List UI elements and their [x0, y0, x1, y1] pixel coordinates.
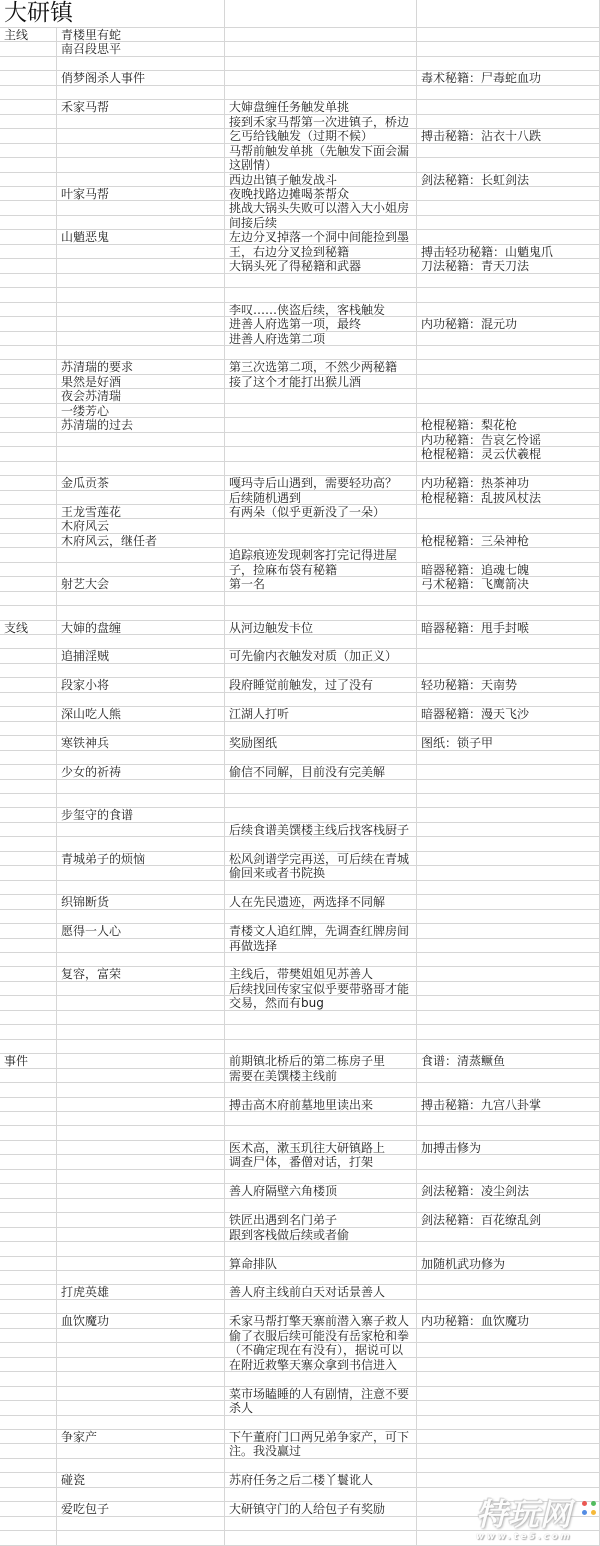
quest-cell: 血饮魔功	[57, 1314, 225, 1328]
detail-cell: 接了这个才能打出猴儿酒	[225, 375, 417, 389]
detail-cell-text: 嘎玛寺后山遇到，需要轻功高？	[229, 476, 397, 490]
detail-cell-text: 调查尸体，番僧对话，打架	[229, 1155, 373, 1169]
detail-cell: 禾家马帮打擎天寨前潜入寨子救人	[225, 1314, 417, 1328]
reward-cell: 剑法秘籍：长虹剑法	[417, 173, 600, 187]
reward-cell	[417, 158, 600, 172]
reward-cell	[417, 967, 600, 981]
reward-cell: 剑法秘籍：百花缭乱剑	[417, 1213, 600, 1227]
detail-cell: 挑战大锅头失败可以潜入大小姐房	[225, 201, 417, 215]
reward-cell: 搏击轻功秘籍：山魈鬼爪	[417, 245, 600, 259]
category-cell	[0, 1285, 57, 1299]
quest-cell	[57, 563, 225, 577]
category-cell	[0, 332, 57, 346]
reward-cell	[417, 505, 600, 519]
detail-cell: 间接后续	[225, 216, 417, 230]
detail-cell	[225, 780, 417, 794]
category-cell	[0, 1011, 57, 1025]
reward-cell	[417, 765, 600, 779]
reward-cell	[417, 332, 600, 346]
reward-cell	[417, 1387, 600, 1401]
detail-cell: 菜市场瞌睡的人有剧情，注意不要	[225, 1387, 417, 1401]
reward-cell	[417, 28, 600, 42]
quest-cell	[57, 1025, 225, 1039]
reward-cell	[417, 751, 600, 765]
reward-cell	[417, 1473, 600, 1487]
detail-cell	[225, 1199, 417, 1213]
detail-cell-text: 跟到客栈做后续或者偷	[229, 1228, 349, 1242]
category-cell	[0, 288, 57, 302]
reward-cell	[417, 635, 600, 649]
detail-cell: 后续找回传家宝似乎要带骆哥才能	[225, 982, 417, 996]
category-cell	[0, 86, 57, 100]
category-cell	[0, 173, 57, 187]
reward-cell	[417, 389, 600, 403]
category-cell	[0, 1401, 57, 1415]
quest-cell-text: 木府风云，继任者	[61, 534, 157, 548]
quest-cell-text: 寒铁神兵	[61, 736, 109, 750]
reward-cell	[417, 1416, 600, 1430]
category-cell	[0, 1025, 57, 1039]
category-cell	[0, 563, 57, 577]
quest-table: 大研镇 主线青楼里有蛇南召段思平俏梦阁杀人事件毒术秘籍：尸毒蛇血功禾家马帮大婶盘…	[0, 0, 600, 1546]
quest-cell	[57, 635, 225, 649]
detail-cell	[225, 1170, 417, 1184]
detail-cell-text: 人在先民遗迹，两选择不同解	[229, 895, 385, 909]
detail-cell	[225, 808, 417, 822]
reward-cell	[417, 1358, 600, 1372]
quest-cell: 碰瓷	[57, 1473, 225, 1487]
detail-cell: 大研镇守门的人给包子有奖励	[225, 1502, 417, 1516]
detail-cell	[225, 837, 417, 851]
quest-cell: 少女的祈祷	[57, 765, 225, 779]
quest-cell	[57, 115, 225, 129]
detail-cell-text: 左边分叉掉落一个洞中间能捡到墨	[229, 230, 409, 244]
category-cell	[0, 1257, 57, 1271]
detail-cell	[225, 71, 417, 85]
quest-cell-text: 织锦断货	[61, 895, 109, 909]
category-cell	[0, 1170, 57, 1184]
quest-cell	[57, 1069, 225, 1083]
quest-cell	[57, 1199, 225, 1213]
detail-cell: 主线后，带樊姐姐见苏善人	[225, 967, 417, 981]
category-cell	[0, 418, 57, 432]
detail-cell	[225, 635, 417, 649]
detail-cell-text: 善人府隔壁六角楼顶	[229, 1184, 337, 1198]
category-cell	[0, 765, 57, 779]
category-cell	[0, 534, 57, 548]
detail-cell: 接到禾家马帮第一次进镇子，桥边	[225, 115, 417, 129]
category-cell	[0, 100, 57, 114]
detail-cell	[225, 1112, 417, 1126]
reward-cell: 暗器秘籍：漫天飞沙	[417, 707, 600, 721]
detail-cell-text: 接了这个才能打出猴儿酒	[229, 375, 361, 389]
reward-cell	[417, 837, 600, 851]
quest-cell-text: 深山吃人熊	[61, 707, 121, 721]
detail-cell-text: 铁匠出遇到名门弟子	[229, 1213, 337, 1227]
reward-cell: 枪棍秘籍：灵云伏羲棍	[417, 447, 600, 461]
quest-cell: 夜会苏清瑞	[57, 389, 225, 403]
detail-cell	[225, 42, 417, 56]
category-cell	[0, 1069, 57, 1083]
detail-cell-text: 有两朵（似乎更新没了一朵）	[229, 505, 385, 519]
reward-cell	[417, 100, 600, 114]
quest-cell	[57, 780, 225, 794]
reward-cell	[417, 1459, 600, 1473]
quest-cell-text: 一缕芳心	[61, 404, 109, 418]
category-cell	[0, 491, 57, 505]
quest-cell	[57, 491, 225, 505]
reward-cell	[417, 1285, 600, 1299]
category-cell-text: 主线	[4, 28, 28, 42]
quest-cell: 寒铁神兵	[57, 736, 225, 750]
reward-cell-text: 加搏击修为	[421, 1141, 481, 1155]
detail-cell-text: 西边出镇子触发战斗	[229, 173, 337, 187]
category-cell	[0, 1502, 57, 1516]
category-cell	[0, 462, 57, 476]
category-cell	[0, 1531, 57, 1545]
category-cell	[0, 736, 57, 750]
category-cell	[0, 1126, 57, 1140]
detail-cell-text: 子，捡麻布袋有秘籍	[229, 563, 337, 577]
detail-cell	[225, 288, 417, 302]
quest-cell	[57, 1213, 225, 1227]
detail-cell: 调查尸体，番僧对话，打架	[225, 1155, 417, 1169]
quest-cell: 果然是好酒	[57, 375, 225, 389]
category-cell	[0, 346, 57, 360]
reward-cell	[417, 982, 600, 996]
reward-cell	[417, 1025, 600, 1039]
detail-cell-text: 偷信不同解，目前没有完美解	[229, 765, 385, 779]
reward-cell	[417, 187, 600, 201]
category-cell	[0, 895, 57, 909]
quest-cell	[57, 1257, 225, 1271]
detail-cell	[225, 1271, 417, 1285]
quest-cell-text: 王龙雪莲花	[61, 505, 121, 519]
detail-cell	[225, 1300, 417, 1314]
reward-cell: 搏击秘籍：九宫八卦掌	[417, 1098, 600, 1112]
detail-cell	[225, 1025, 417, 1039]
detail-cell: 西边出镇子触发战斗	[225, 173, 417, 187]
detail-cell: 后续随机遇到	[225, 491, 417, 505]
category-cell	[0, 1098, 57, 1112]
reward-cell-text: 内功秘籍：血饮魔功	[421, 1314, 529, 1328]
reward-cell	[417, 360, 600, 374]
category-cell	[0, 1199, 57, 1213]
detail-cell	[225, 751, 417, 765]
reward-cell	[417, 910, 600, 924]
reward-cell: 刀法秘籍：青天刀法	[417, 259, 600, 273]
category-cell	[0, 837, 57, 851]
reward-cell-text: 搏击秘籍：九宫八卦掌	[421, 1098, 541, 1112]
detail-cell-text: 大婶盘缠任务触发单挑	[229, 100, 349, 114]
category-cell	[0, 1416, 57, 1430]
detail-cell-text: 间接后续	[229, 216, 277, 230]
quest-cell-text: 步玺守的食谱	[61, 808, 133, 822]
quest-cell: 苏清瑞的过去	[57, 418, 225, 432]
reward-cell	[417, 895, 600, 909]
detail-cell-text: 奖励图纸	[229, 736, 277, 750]
detail-cell	[225, 274, 417, 288]
reward-cell	[417, 1228, 600, 1242]
reward-cell	[417, 548, 600, 562]
category-cell	[0, 1271, 57, 1285]
reward-cell	[417, 1300, 600, 1314]
detail-cell: 前期镇北桥后的第二栋房子里	[225, 1054, 417, 1068]
category-cell	[0, 1517, 57, 1531]
category-cell	[0, 910, 57, 924]
detail-cell: 苏府任务之后二楼丫鬟讹人	[225, 1473, 417, 1487]
category-cell	[0, 375, 57, 389]
quest-cell	[57, 1242, 225, 1256]
detail-cell	[225, 794, 417, 808]
category-cell	[0, 1343, 57, 1357]
detail-cell: 杀人	[225, 1401, 417, 1415]
category-cell	[0, 1083, 57, 1097]
detail-cell: 大锅头死了得秘籍和武器	[225, 259, 417, 273]
quest-cell	[57, 462, 225, 476]
reward-cell: 枪棍秘籍：乱披风杖法	[417, 491, 600, 505]
quest-cell-text: 复容，富荣	[61, 967, 121, 981]
quest-cell	[57, 288, 225, 302]
quest-cell	[57, 1083, 225, 1097]
detail-cell	[225, 664, 417, 678]
reward-cell	[417, 57, 600, 71]
detail-cell: 松风剑谱学完再送，可后续在青城	[225, 852, 417, 866]
page-title: 大研镇	[0, 0, 57, 28]
category-cell	[0, 187, 57, 201]
reward-cell	[417, 1170, 600, 1184]
quest-cell	[57, 823, 225, 837]
quest-cell-text: 追捕淫贼	[61, 649, 109, 663]
quest-cell	[57, 1228, 225, 1242]
quest-cell	[57, 1358, 225, 1372]
quest-cell-text: 段家小将	[61, 678, 109, 692]
category-cell	[0, 751, 57, 765]
detail-cell: 王，右边分叉捡到秘籍	[225, 245, 417, 259]
reward-cell-text: 剑法秘籍：百花缭乱剑	[421, 1213, 541, 1227]
detail-cell: 算命排队	[225, 1257, 417, 1271]
reward-cell: 毒术秘籍：尸毒蛇血功	[417, 71, 600, 85]
quest-cell-text: 大婶的盘缠	[61, 621, 121, 635]
reward-cell	[417, 1401, 600, 1415]
quest-cell	[57, 606, 225, 620]
category-cell	[0, 115, 57, 129]
detail-cell-text: （不确定现在有没有），据说可以	[229, 1343, 403, 1357]
detail-cell-text: 禾家马帮打擎天寨前潜入寨子救人	[229, 1314, 409, 1328]
quest-cell	[57, 1459, 225, 1473]
category-cell	[0, 1430, 57, 1444]
category-cell	[0, 1372, 57, 1386]
detail-cell	[225, 462, 417, 476]
detail-cell: 注。我没赢过	[225, 1444, 417, 1458]
quest-cell	[57, 1098, 225, 1112]
quest-cell: 追捕淫贼	[57, 649, 225, 663]
detail-cell: 在附近救擎天寨众拿到书信进入	[225, 1358, 417, 1372]
reward-cell	[417, 823, 600, 837]
detail-cell: 偷信不同解，目前没有完美解	[225, 765, 417, 779]
quest-cell	[57, 1416, 225, 1430]
category-cell	[0, 317, 57, 331]
reward-cell	[417, 288, 600, 302]
category-cell	[0, 707, 57, 721]
quest-cell	[57, 548, 225, 562]
detail-cell	[225, 346, 417, 360]
detail-cell: 青楼文人追红牌，先调查红牌房间	[225, 924, 417, 938]
category-cell	[0, 967, 57, 981]
reward-cell: 枪棍秘籍：梨花枪	[417, 418, 600, 432]
reward-cell	[417, 649, 600, 663]
detail-cell: 乞丐给钱触发（过期不候）	[225, 129, 417, 143]
category-cell	[0, 794, 57, 808]
detail-cell-text: 杀人	[229, 1401, 253, 1415]
detail-cell-text: 偷回来或者书院换	[229, 866, 325, 880]
category-cell	[0, 722, 57, 736]
category-cell	[0, 592, 57, 606]
quest-cell	[57, 939, 225, 953]
detail-cell	[225, 1083, 417, 1097]
reward-cell-text: 暗器秘籍：追魂七魄	[421, 563, 529, 577]
reward-cell: 图纸：锁子甲	[417, 736, 600, 750]
category-cell	[0, 982, 57, 996]
quest-cell: 愿得一人心	[57, 924, 225, 938]
quest-cell: 南召段思平	[57, 42, 225, 56]
quest-cell-text: 爱吃包子	[61, 1502, 109, 1516]
reward-cell	[417, 216, 600, 230]
category-cell	[0, 664, 57, 678]
reward-cell	[417, 1488, 600, 1502]
reward-cell: 内功秘籍：血饮魔功	[417, 1314, 600, 1328]
reward-cell	[417, 866, 600, 880]
detail-cell-text: 夜晚找路边摊喝茶帮众	[229, 187, 349, 201]
reward-cell	[417, 1242, 600, 1256]
detail-cell: 李叹……侠盗后续，客栈触发	[225, 303, 417, 317]
reward-cell: 弓术秘籍：飞鹰箭决	[417, 577, 600, 591]
quest-cell	[57, 86, 225, 100]
category-cell	[0, 1387, 57, 1401]
quest-cell	[57, 1155, 225, 1169]
quest-cell-text: 俏梦阁杀人事件	[61, 71, 145, 85]
detail-cell	[225, 1459, 417, 1473]
title-row-spacer	[417, 0, 600, 28]
detail-cell-text: 搏击高木府前墓地里读出来	[229, 1098, 373, 1112]
reward-cell	[417, 1502, 600, 1516]
category-cell	[0, 1213, 57, 1227]
quest-cell-text: 碰瓷	[61, 1473, 85, 1487]
detail-cell-text: 马帮前触发单挑（先触发下面会漏	[229, 144, 409, 158]
detail-cell	[225, 722, 417, 736]
detail-cell: 偷了衣服后续可能没有岳家枪和拳	[225, 1329, 417, 1343]
reward-cell-text: 枪棍秘籍：乱披风杖法	[421, 491, 541, 505]
reward-cell	[417, 606, 600, 620]
category-cell	[0, 144, 57, 158]
detail-cell-text: 注。我没赢过	[229, 1444, 301, 1458]
detail-cell	[225, 693, 417, 707]
reward-cell-text: 枪棍秘籍：梨花枪	[421, 418, 517, 432]
quest-cell	[57, 216, 225, 230]
reward-cell-text: 暗器秘籍：漫天飞沙	[421, 707, 529, 721]
reward-cell-text: 轻功秘籍：天南势	[421, 678, 517, 692]
detail-cell	[225, 953, 417, 967]
detail-cell-text: 主线后，带樊姐姐见苏善人	[229, 967, 373, 981]
category-cell	[0, 360, 57, 374]
detail-cell	[225, 57, 417, 71]
category-cell	[0, 693, 57, 707]
detail-cell	[225, 881, 417, 895]
detail-cell: 嘎玛寺后山遇到，需要轻功高？	[225, 476, 417, 490]
detail-cell-text: 从河边触发卡位	[229, 621, 313, 635]
reward-cell	[417, 274, 600, 288]
category-cell	[0, 1358, 57, 1372]
detail-cell	[225, 447, 417, 461]
quest-cell-text: 苏清瑞的要求	[61, 360, 133, 374]
detail-cell: 江湖人打听	[225, 707, 417, 721]
detail-cell-text: 可先偷内衣触发对质（加正义）	[229, 649, 397, 663]
detail-cell: 铁匠出遇到名门弟子	[225, 1213, 417, 1227]
category-cell	[0, 404, 57, 418]
quest-cell-text: 争家产	[61, 1430, 97, 1444]
quest-cell	[57, 245, 225, 259]
quest-cell	[57, 1300, 225, 1314]
category-cell	[0, 303, 57, 317]
reward-cell-text: 图纸：锁子甲	[421, 736, 493, 750]
quest-cell	[57, 881, 225, 895]
detail-cell-text: 王，右边分叉捡到秘籍	[229, 245, 349, 259]
reward-cell	[417, 1155, 600, 1169]
detail-cell-text: 菜市场瞌睡的人有剧情，注意不要	[229, 1387, 409, 1401]
reward-cell	[417, 1372, 600, 1386]
reward-cell-text: 加随机武功修为	[421, 1257, 505, 1271]
category-cell-text: 事件	[4, 1054, 28, 1068]
category-cell-text: 支线	[4, 621, 28, 635]
reward-cell	[417, 86, 600, 100]
reward-cell: 轻功秘籍：天南势	[417, 678, 600, 692]
reward-cell-text: 弓术秘籍：飞鹰箭决	[421, 577, 529, 591]
detail-cell: 马帮前触发单挑（先触发下面会漏	[225, 144, 417, 158]
detail-cell: 善人府隔壁六角楼顶	[225, 1184, 417, 1198]
detail-cell-text: 松风剑谱学完再送，可后续在青城	[229, 852, 409, 866]
reward-cell-text: 内功秘籍：热茶神功	[421, 476, 529, 490]
detail-cell	[225, 418, 417, 432]
detail-cell-text: 下午董府门口两兄弟争家产，可下	[229, 1430, 409, 1444]
category-cell	[0, 1444, 57, 1458]
quest-cell: 争家产	[57, 1430, 225, 1444]
category-cell: 主线	[0, 28, 57, 42]
category-cell	[0, 953, 57, 967]
category-cell	[0, 274, 57, 288]
detail-cell-text: 第一名	[229, 577, 265, 591]
detail-cell: 搏击高木府前墓地里读出来	[225, 1098, 417, 1112]
detail-cell	[225, 1040, 417, 1054]
detail-cell	[225, 1126, 417, 1140]
detail-cell-text: 挑战大锅头失败可以潜入大小姐房	[229, 201, 409, 215]
quest-cell	[57, 1343, 225, 1357]
category-cell	[0, 245, 57, 259]
category-cell	[0, 476, 57, 490]
quest-cell: 打虎英雄	[57, 1285, 225, 1299]
category-cell	[0, 216, 57, 230]
category-cell	[0, 1040, 57, 1054]
detail-cell: 第三次选第二项，不然少两秘籍	[225, 360, 417, 374]
category-cell	[0, 1300, 57, 1314]
reward-cell	[417, 1517, 600, 1531]
reward-cell	[417, 519, 600, 533]
detail-cell: 下午董府门口两兄弟争家产，可下	[225, 1430, 417, 1444]
detail-cell-text: 再做选择	[229, 939, 277, 953]
category-cell	[0, 447, 57, 461]
quest-cell	[57, 346, 225, 360]
reward-cell: 搏击秘籍：沾衣十八跌	[417, 129, 600, 143]
detail-cell	[225, 1416, 417, 1430]
